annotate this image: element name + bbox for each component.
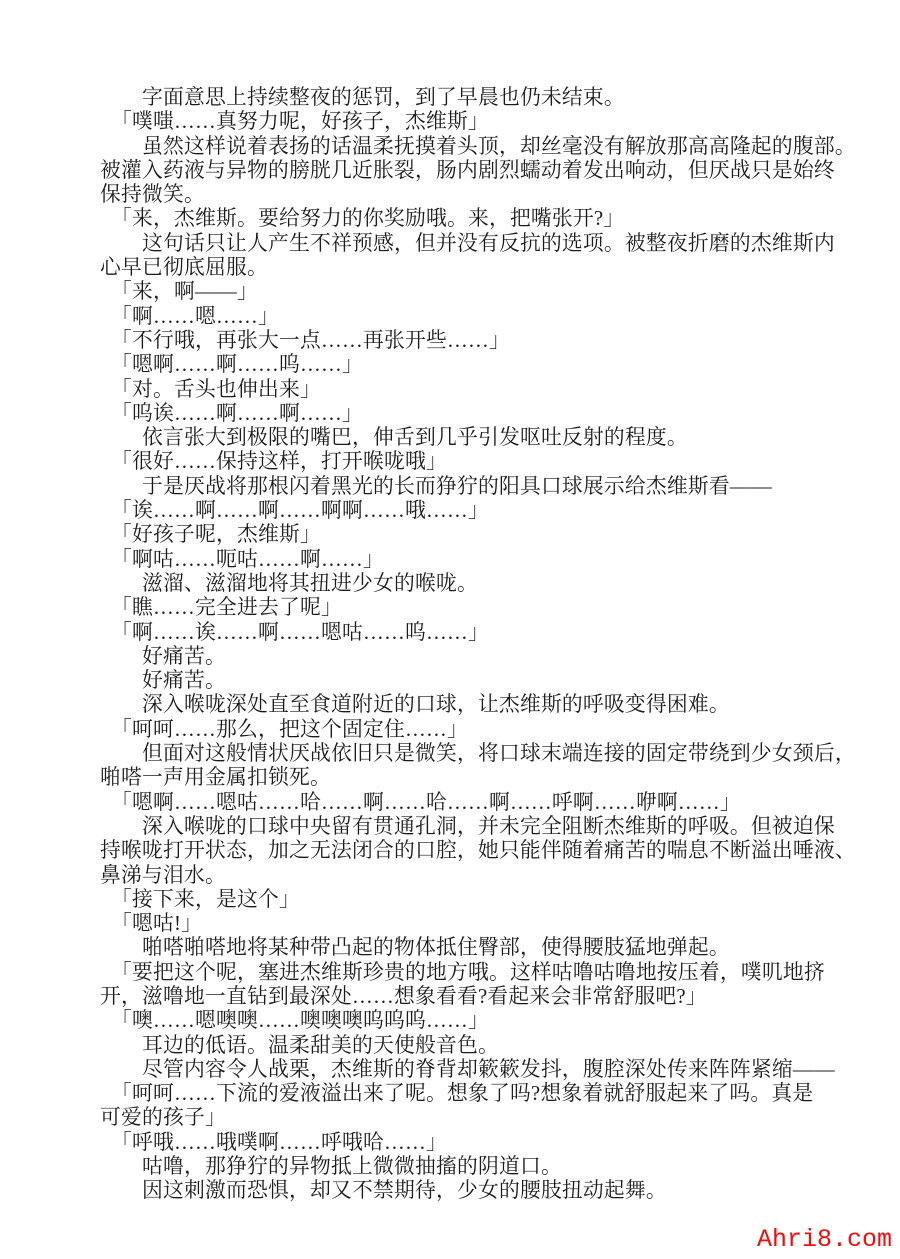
text-line: 深入喉咙的口球中央留有贯通孔洞，并未完全阻断杰维斯的呼吸。但被迫保 xyxy=(100,815,870,839)
text-line: 「噗嗤……真努力呢，好孩子，杰维斯」 xyxy=(100,110,870,134)
text-line: 「来，啊——」 xyxy=(100,280,870,304)
text-line: 可爱的孩子」 xyxy=(100,1106,870,1130)
text-line: 啪嗒一声用金属扣锁死。 xyxy=(100,766,870,790)
text-line: 开，滋噜地一直钻到最深处……想象看看?看起来会非常舒服吧?」 xyxy=(100,985,870,1009)
text-line: 咕噜，那狰狞的异物抵上微微抽搐的阴道口。 xyxy=(100,1155,870,1179)
text-line: 好痛苦。 xyxy=(100,645,870,669)
text-line: 深入喉咙深处直至食道附近的口球，让杰维斯的呼吸变得困难。 xyxy=(100,693,870,717)
text-line: 「嗯啊……啊……呜……」 xyxy=(100,353,870,377)
text-line: 「啊咕……呃咕……啊……」 xyxy=(100,548,870,572)
text-line: 于是厌战将那根闪着黑光的长而狰狞的阳具口球展示给杰维斯看—— xyxy=(100,475,870,499)
text-line: 「啊……嗯……」 xyxy=(100,305,870,329)
text-line: 「啊……诶……啊……嗯咕……呜……」 xyxy=(100,621,870,645)
text-line: 「噢……嗯噢噢……噢噢噢呜呜呜……」 xyxy=(100,1009,870,1033)
text-line: 好痛苦。 xyxy=(100,669,870,693)
text-line: 虽然这样说着表扬的话温柔抚摸着头顶，却丝毫没有解放那高高隆起的腹部。 xyxy=(100,135,870,159)
text-line: 「来，杰维斯。要给努力的你奖励哦。来，把嘴张开?」 xyxy=(100,207,870,231)
watermark-ahri8: Ahri8.com xyxy=(757,1225,892,1254)
text-line: 鼻涕与泪水。 xyxy=(100,864,870,888)
text-line: 「很好……保持这样，打开喉咙哦」 xyxy=(100,450,870,474)
text-line: 啪嗒啪嗒地将某种带凸起的物体抵住臀部，使得腰肢猛地弹起。 xyxy=(100,936,870,960)
text-line: 「对。舌头也伸出来」 xyxy=(100,378,870,402)
text-line: 「嗯啊……嗯咕……哈……啊……哈……啊……呼啊……咿啊……」 xyxy=(100,791,870,815)
text-line: 「好孩子呢，杰维斯」 xyxy=(100,523,870,547)
novel-page: 字面意思上持续整夜的惩罚，到了早晨也仍未结束。「噗嗤……真努力呢，好孩子，杰维斯… xyxy=(0,0,900,1259)
text-line: 依言张大到极限的嘴巴，伸舌到几乎引发呕吐反射的程度。 xyxy=(100,426,870,450)
text-line: 耳边的低语。温柔甜美的天使般音色。 xyxy=(100,1034,870,1058)
text-line: 「呵呵……那么，把这个固定住……」 xyxy=(100,718,870,742)
text-line: 尽管内容令人战栗，杰维斯的脊背却簌簌发抖，腹腔深处传来阵阵紧缩—— xyxy=(100,1058,870,1082)
text-line: 保持微笑。 xyxy=(100,183,870,207)
text-line: 「不行哦，再张大一点……再张开些……」 xyxy=(100,329,870,353)
text-line: 「瞧……完全进去了呢」 xyxy=(100,596,870,620)
text-line: 「接下来，是这个」 xyxy=(100,888,870,912)
text-line: 但面对这般情状厌战依旧只是微笑，将口球末端连接的固定带绕到少女颈后， xyxy=(100,742,870,766)
text-line: 这句话只让人产生不祥预感，但并没有反抗的选项。被整夜折磨的杰维斯内 xyxy=(100,232,870,256)
text-line: 字面意思上持续整夜的惩罚，到了早晨也仍未结束。 xyxy=(100,86,870,110)
text-line: 「呼哦……哦噗啊……呼哦哈……」 xyxy=(100,1131,870,1155)
text-line: 心早已彻底屈服。 xyxy=(100,256,870,280)
text-line: 「嗯咕!」 xyxy=(100,912,870,936)
text-line: 持喉咙打开状态，加之无法闭合的口腔，她只能伴随着痛苦的喘息不断溢出唾液、 xyxy=(100,839,870,863)
text-line: 因这刺激而恐惧，却又不禁期待，少女的腰肢扭动起舞。 xyxy=(100,1179,870,1203)
text-line: 「诶……啊……啊……啊啊……哦……」 xyxy=(100,499,870,523)
text-line: 「呵呵……下流的爱液溢出来了呢。想象了吗?想象着就舒服起来了吗。真是 xyxy=(100,1082,870,1106)
text-line: 「呜诶……啊……啊……」 xyxy=(100,402,870,426)
text-line: 被灌入药液与异物的膀胱几近胀裂，肠内剧烈蠕动着发出响动，但厌战只是始终 xyxy=(100,159,870,183)
text-line: 「要把这个呢，塞进杰维斯珍贵的地方哦。这样咕噜咕噜地按压着，噗叽地挤 xyxy=(100,961,870,985)
text-block: 字面意思上持续整夜的惩罚，到了早晨也仍未结束。「噗嗤……真努力呢，好孩子，杰维斯… xyxy=(100,86,870,1204)
text-line: 滋溜、滋溜地将其扭进少女的喉咙。 xyxy=(100,572,870,596)
